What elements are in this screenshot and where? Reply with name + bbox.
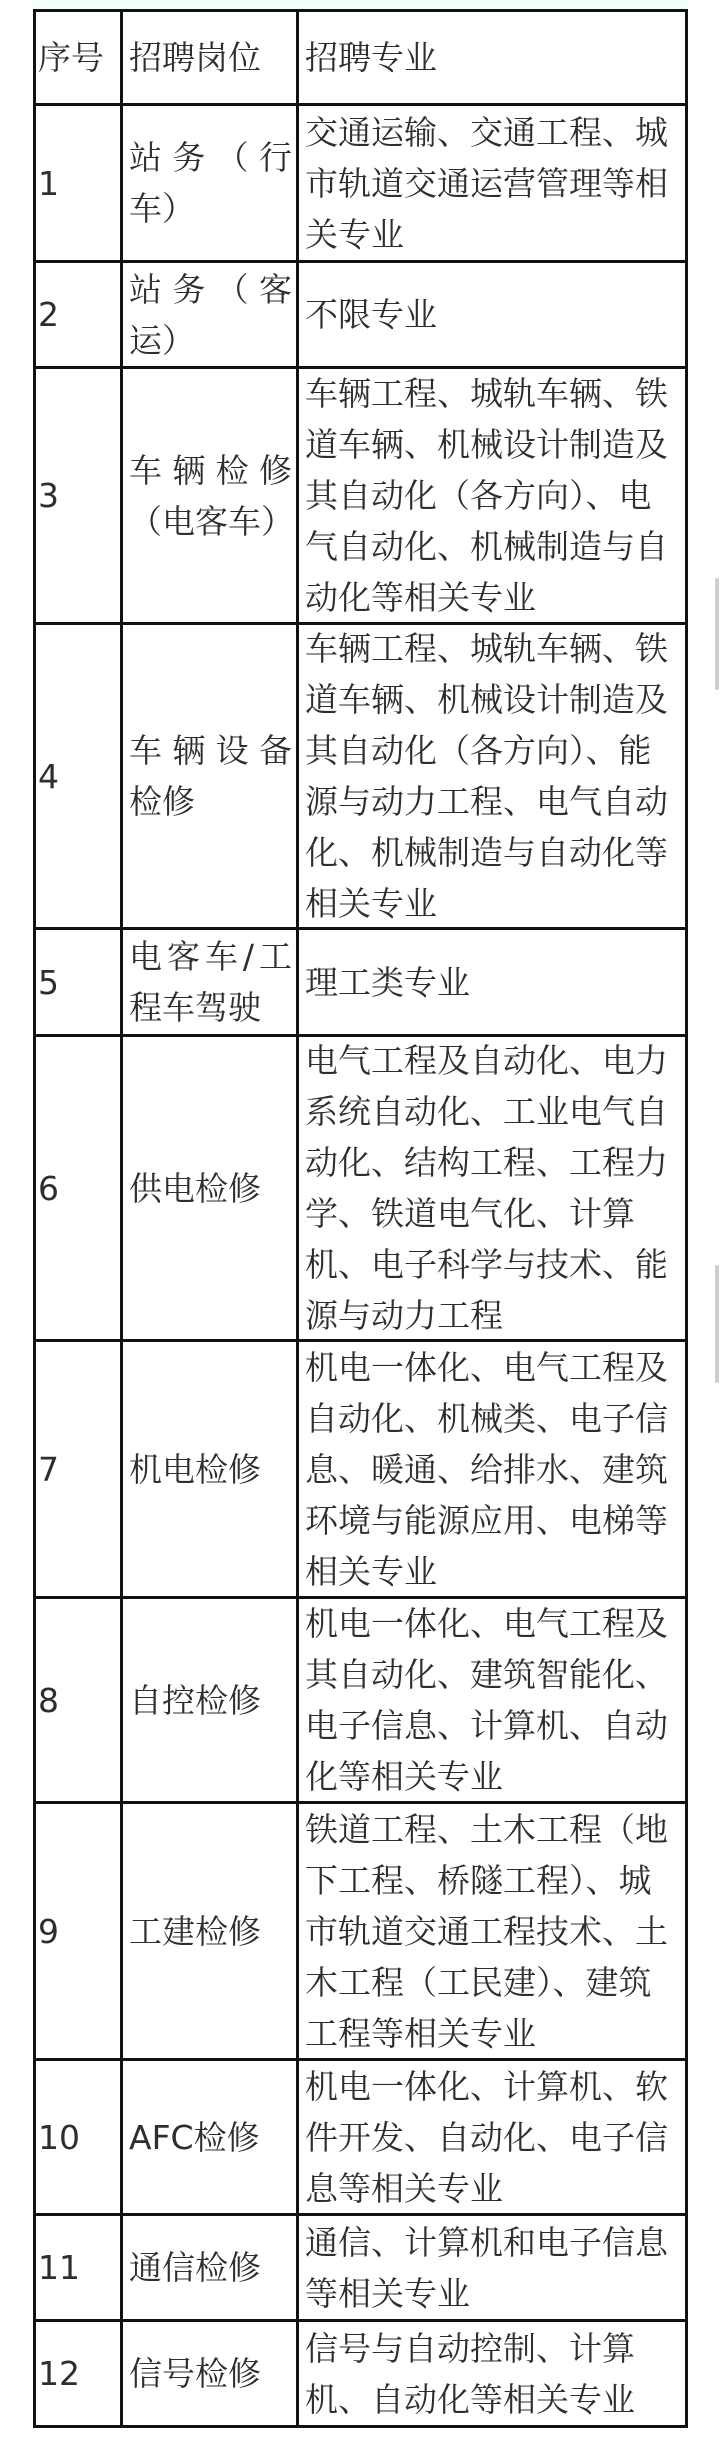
row-majors: 信号与自动控制、计算机、自动化等相关专业 (305, 2323, 683, 2425)
table-row: 8 自控检修 机电一体化、电气工程及其自动化、建筑智能化、电子信息、计算机、自动… (33, 1596, 688, 1801)
table-row: 2 站务（客运） 不限专业 (33, 260, 688, 366)
row-no: 12 (38, 2348, 80, 2399)
row-position: 信号检修 (129, 2348, 261, 2399)
table-row: 1 站务（行车） 交通运输、交通工程、城市轨道交通运营管理等相关专业 (33, 103, 688, 260)
row-position: 站务（客运） (129, 264, 292, 366)
table-row: 3 车辆检修（电客车） 车辆工程、城轨车辆、铁道车辆、机械设计制造及其自动化（各… (33, 366, 688, 622)
row-majors: 机电一体化、计算机、软件开发、自动化、电子信息等相关专业 (305, 2061, 683, 2214)
row-majors: 铁道工程、土木工程（地下工程、桥隧工程）、城市轨道交通工程技术、土木工程（工民建… (305, 1804, 683, 2059)
row-position: 供电检修 (129, 1163, 261, 1214)
table-row: 10 AFC检修 机电一体化、计算机、软件开发、自动化、电子信息等相关专业 (33, 2058, 688, 2213)
table-row: 6 供电检修 电气工程及自动化、电力系统自动化、工业电气自动化、结构工程、工程力… (33, 1034, 688, 1339)
table-row: 9 工建检修 铁道工程、土木工程（地下工程、桥隧工程）、城市轨道交通工程技术、土… (33, 1801, 688, 2058)
row-no: 4 (38, 751, 59, 802)
row-no: 3 (38, 470, 59, 521)
table-row: 11 通信检修 通信、计算机和电子信息等相关专业 (33, 2213, 688, 2319)
row-position: 通信检修 (129, 2242, 261, 2293)
header-position: 招聘岗位 (129, 32, 261, 83)
row-majors: 车辆工程、城轨车辆、铁道车辆、机械设计制造及其自动化（各方向）、电气自动化、机械… (305, 368, 683, 623)
row-position: 电客车/工程车驾驶 (129, 931, 292, 1033)
header-no: 序号 (38, 32, 104, 83)
row-position: 车辆检修（电客车） (129, 445, 292, 547)
header-cell-no: 序号 (36, 12, 120, 103)
top-strip (33, 0, 688, 9)
row-position: 工建检修 (129, 1906, 261, 1957)
row-no: 1 (38, 158, 59, 209)
table-row: 5 电客车/工程车驾驶 理工类专业 (33, 927, 688, 1034)
row-majors: 机电一体化、电气工程及其自动化、建筑智能化、电子信息、计算机、自动化等相关专业 (305, 1598, 683, 1802)
header-cell-position: 招聘岗位 (120, 12, 296, 103)
row-position: AFC检修 (129, 2112, 260, 2163)
row-no: 10 (38, 2112, 80, 2163)
scroll-indicator (715, 1265, 719, 1383)
row-no: 5 (38, 957, 59, 1008)
row-position: 站务（行车） (129, 132, 292, 234)
row-no: 9 (38, 1906, 59, 1957)
scroll-indicator (715, 578, 719, 690)
row-majors: 不限专业 (305, 289, 437, 340)
header-cell-majors: 招聘专业 (296, 12, 685, 103)
row-no: 11 (38, 2242, 80, 2293)
row-majors: 电气工程及自动化、电力系统自动化、工业电气自动化、结构工程、工程力学、铁道电气化… (305, 1035, 683, 1341)
row-no: 2 (38, 289, 59, 340)
row-majors: 通信、计算机和电子信息等相关专业 (305, 2217, 683, 2319)
table-row: 12 信号检修 信号与自动控制、计算机、自动化等相关专业 (33, 2319, 688, 2428)
row-majors: 交通运输、交通工程、城市轨道交通运营管理等相关专业 (305, 107, 683, 260)
row-majors: 机电一体化、电气工程及自动化、机械类、电子信息、暖通、给排水、建筑环境与能源应用… (305, 1342, 683, 1597)
header-majors: 招聘专业 (305, 32, 437, 83)
row-majors: 理工类专业 (305, 957, 470, 1008)
row-no: 8 (38, 1675, 59, 1726)
row-no: 6 (38, 1163, 59, 1214)
row-position: 车辆设备检修 (129, 725, 292, 827)
table-row: 7 机电检修 机电一体化、电气工程及自动化、机械类、电子信息、暖通、给排水、建筑… (33, 1339, 688, 1596)
table-row: 4 车辆设备检修 车辆工程、城轨车辆、铁道车辆、机械设计制造及其自动化（各方向）… (33, 622, 688, 927)
row-position: 机电检修 (129, 1444, 261, 1495)
row-no: 7 (38, 1444, 59, 1495)
table-header-row: 序号 招聘岗位 招聘专业 (33, 9, 688, 103)
row-majors: 车辆工程、城轨车辆、铁道车辆、机械设计制造及其自动化（各方向）、能源与动力工程、… (305, 623, 683, 929)
row-position: 自控检修 (129, 1675, 261, 1726)
